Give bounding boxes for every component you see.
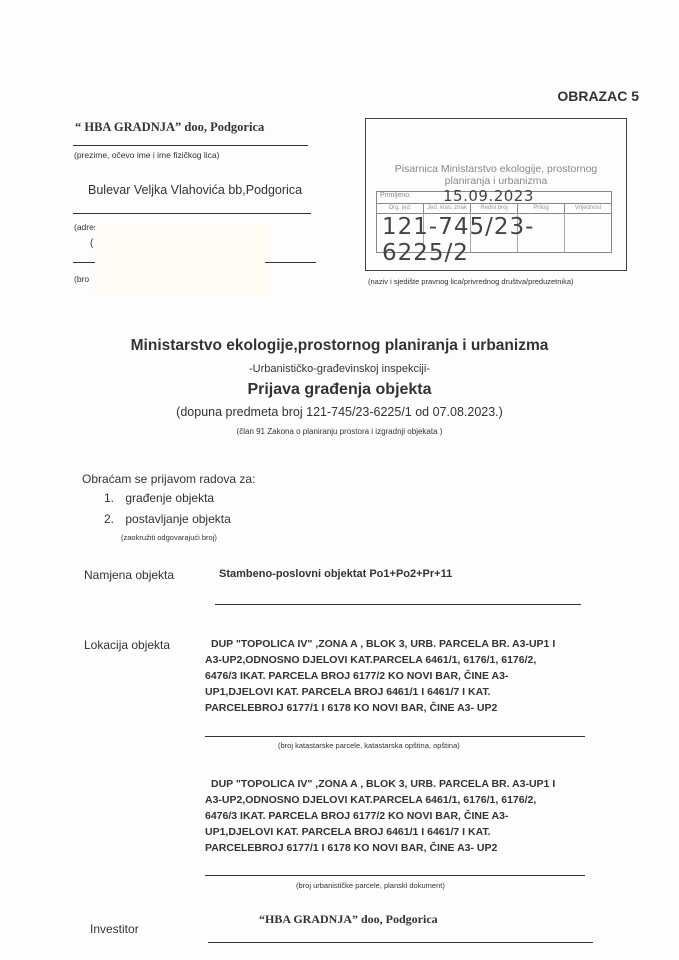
option-construction[interactable]: 1. građenje objekta [104, 491, 214, 505]
supplement-reference: (dopuna predmeta broj 121-745/23-6225/1 … [0, 405, 679, 419]
urban-line: UP1,DJELOVI KAT. PARCELA BROJ 6461/1 I 6… [205, 824, 645, 840]
id-value-fragment: ( [90, 238, 93, 249]
location-line: PARCELEBROJ 6177/1 I 6178 KO NOVI BAR, Č… [205, 700, 645, 716]
divider-line [205, 736, 585, 737]
redacted-area [95, 224, 265, 296]
legal-basis: (član 91 Zakona o planiranju prostora i … [0, 427, 679, 436]
location-line: 6476/3 IKAT. PARCELA BROJ 6177/2 KO NOVI… [205, 668, 645, 684]
option-placement[interactable]: 2. postavljanje objekta [104, 512, 231, 526]
location-line: UP1,DJELOVI KAT. PARCELA BROJ 6461/1 I 6… [205, 684, 645, 700]
stamp-header-line1: Pisarnica Ministarstvo ekologije, prosto… [366, 163, 626, 175]
stamp-header: Pisarnica Ministarstvo ekologije, prosto… [366, 163, 626, 187]
divider-line [73, 145, 308, 146]
urban-parcel-value: DUP "TOPOLICA IV" ,ZONA A , BLOK 3, URB.… [205, 776, 645, 856]
urban-line: DUP "TOPOLICA IV" ,ZONA A , BLOK 3, URB.… [205, 776, 645, 792]
stamp-caption: (naziv i sjedište pravnog lica/privredno… [368, 277, 574, 286]
stamp-grid: Primljeno: 15.09.2023 Org. jed. Jed. kla… [376, 191, 612, 253]
option-label: građenje objekta [125, 491, 214, 505]
investor-label: Investitor [90, 922, 139, 936]
location-line: A3-UP2,ODNOSNO DJELOVI KAT.PARCELA 6461/… [205, 652, 645, 668]
registry-stamp: Pisarnica Ministarstvo ekologije, prosto… [365, 118, 627, 271]
inspection-subheading: -Urbanističko-građevinskoj inspekciji- [0, 363, 679, 375]
divider-line [73, 213, 311, 214]
stamp-col-org: Org. jed. [377, 203, 424, 213]
location-line: DUP "TOPOLICA IV" ,ZONA A , BLOK 3, URB.… [205, 636, 645, 652]
applicant-name: “ HBA GRADNJA” doo, Podgorica [75, 120, 264, 135]
investor-value: “HBA GRADNJA” doo, Podgorica [259, 912, 438, 927]
option-number: 1. [104, 491, 114, 505]
purpose-label: Namjena objekta [84, 568, 174, 582]
urban-line: PARCELEBROJ 6177/1 I 6178 KO NOVI BAR, Č… [205, 840, 645, 856]
urban-line: 6476/3 IKAT. PARCELA BROJ 6177/2 KO NOVI… [205, 808, 645, 824]
applicant-address: Bulevar Veljka Vlahovića bb,Podgorica [88, 183, 302, 197]
divider-line [205, 875, 585, 876]
document-title: Prijava građenja objekta [0, 381, 679, 399]
stamp-col-number: Redni broj [471, 203, 518, 213]
location-value: DUP "TOPOLICA IV" ,ZONA A , BLOK 3, URB.… [205, 636, 645, 716]
cadastral-caption: (broj katastarske parcele, katastarska o… [278, 741, 460, 750]
divider-line [208, 942, 593, 943]
case-number: 121-745/23-6225/2 [382, 214, 611, 266]
option-label: postavljanje objekta [125, 512, 230, 526]
location-label: Lokacija objekta [84, 638, 170, 652]
received-label: Primljeno: [380, 192, 411, 199]
divider-line [215, 604, 581, 605]
ministry-heading: Ministarstvo ekologije,prostornog planir… [0, 337, 679, 355]
form-number-label: OBRAZAC 5 [557, 88, 639, 104]
stamp-col-value: Vrijednost [565, 203, 611, 213]
stamp-col-class: Jed. klas. znak [424, 203, 471, 213]
applicant-name-caption: (prezime, očevo ime i ime fizičkog lica) [74, 150, 219, 160]
works-intro: Obraćam se prijavom radova za: [82, 472, 255, 486]
option-number: 2. [104, 512, 114, 526]
stamp-col-attachment: Prilog [518, 203, 565, 213]
purpose-value: Stambeno-poslovni objektat Po1+Po2+Pr+11 [219, 566, 452, 582]
id-caption-fragment: (bro [74, 274, 89, 284]
stamp-header-line2: planiranja i urbanizma [366, 175, 626, 187]
urban-line: A3-UP2,ODNOSNO DJELOVI KAT.PARCELA 6461/… [205, 792, 645, 808]
option-hint: (zaokružiti odgovarajući broj) [121, 533, 217, 542]
urban-caption: (broj urbanističke parcele, planski doku… [296, 881, 445, 890]
